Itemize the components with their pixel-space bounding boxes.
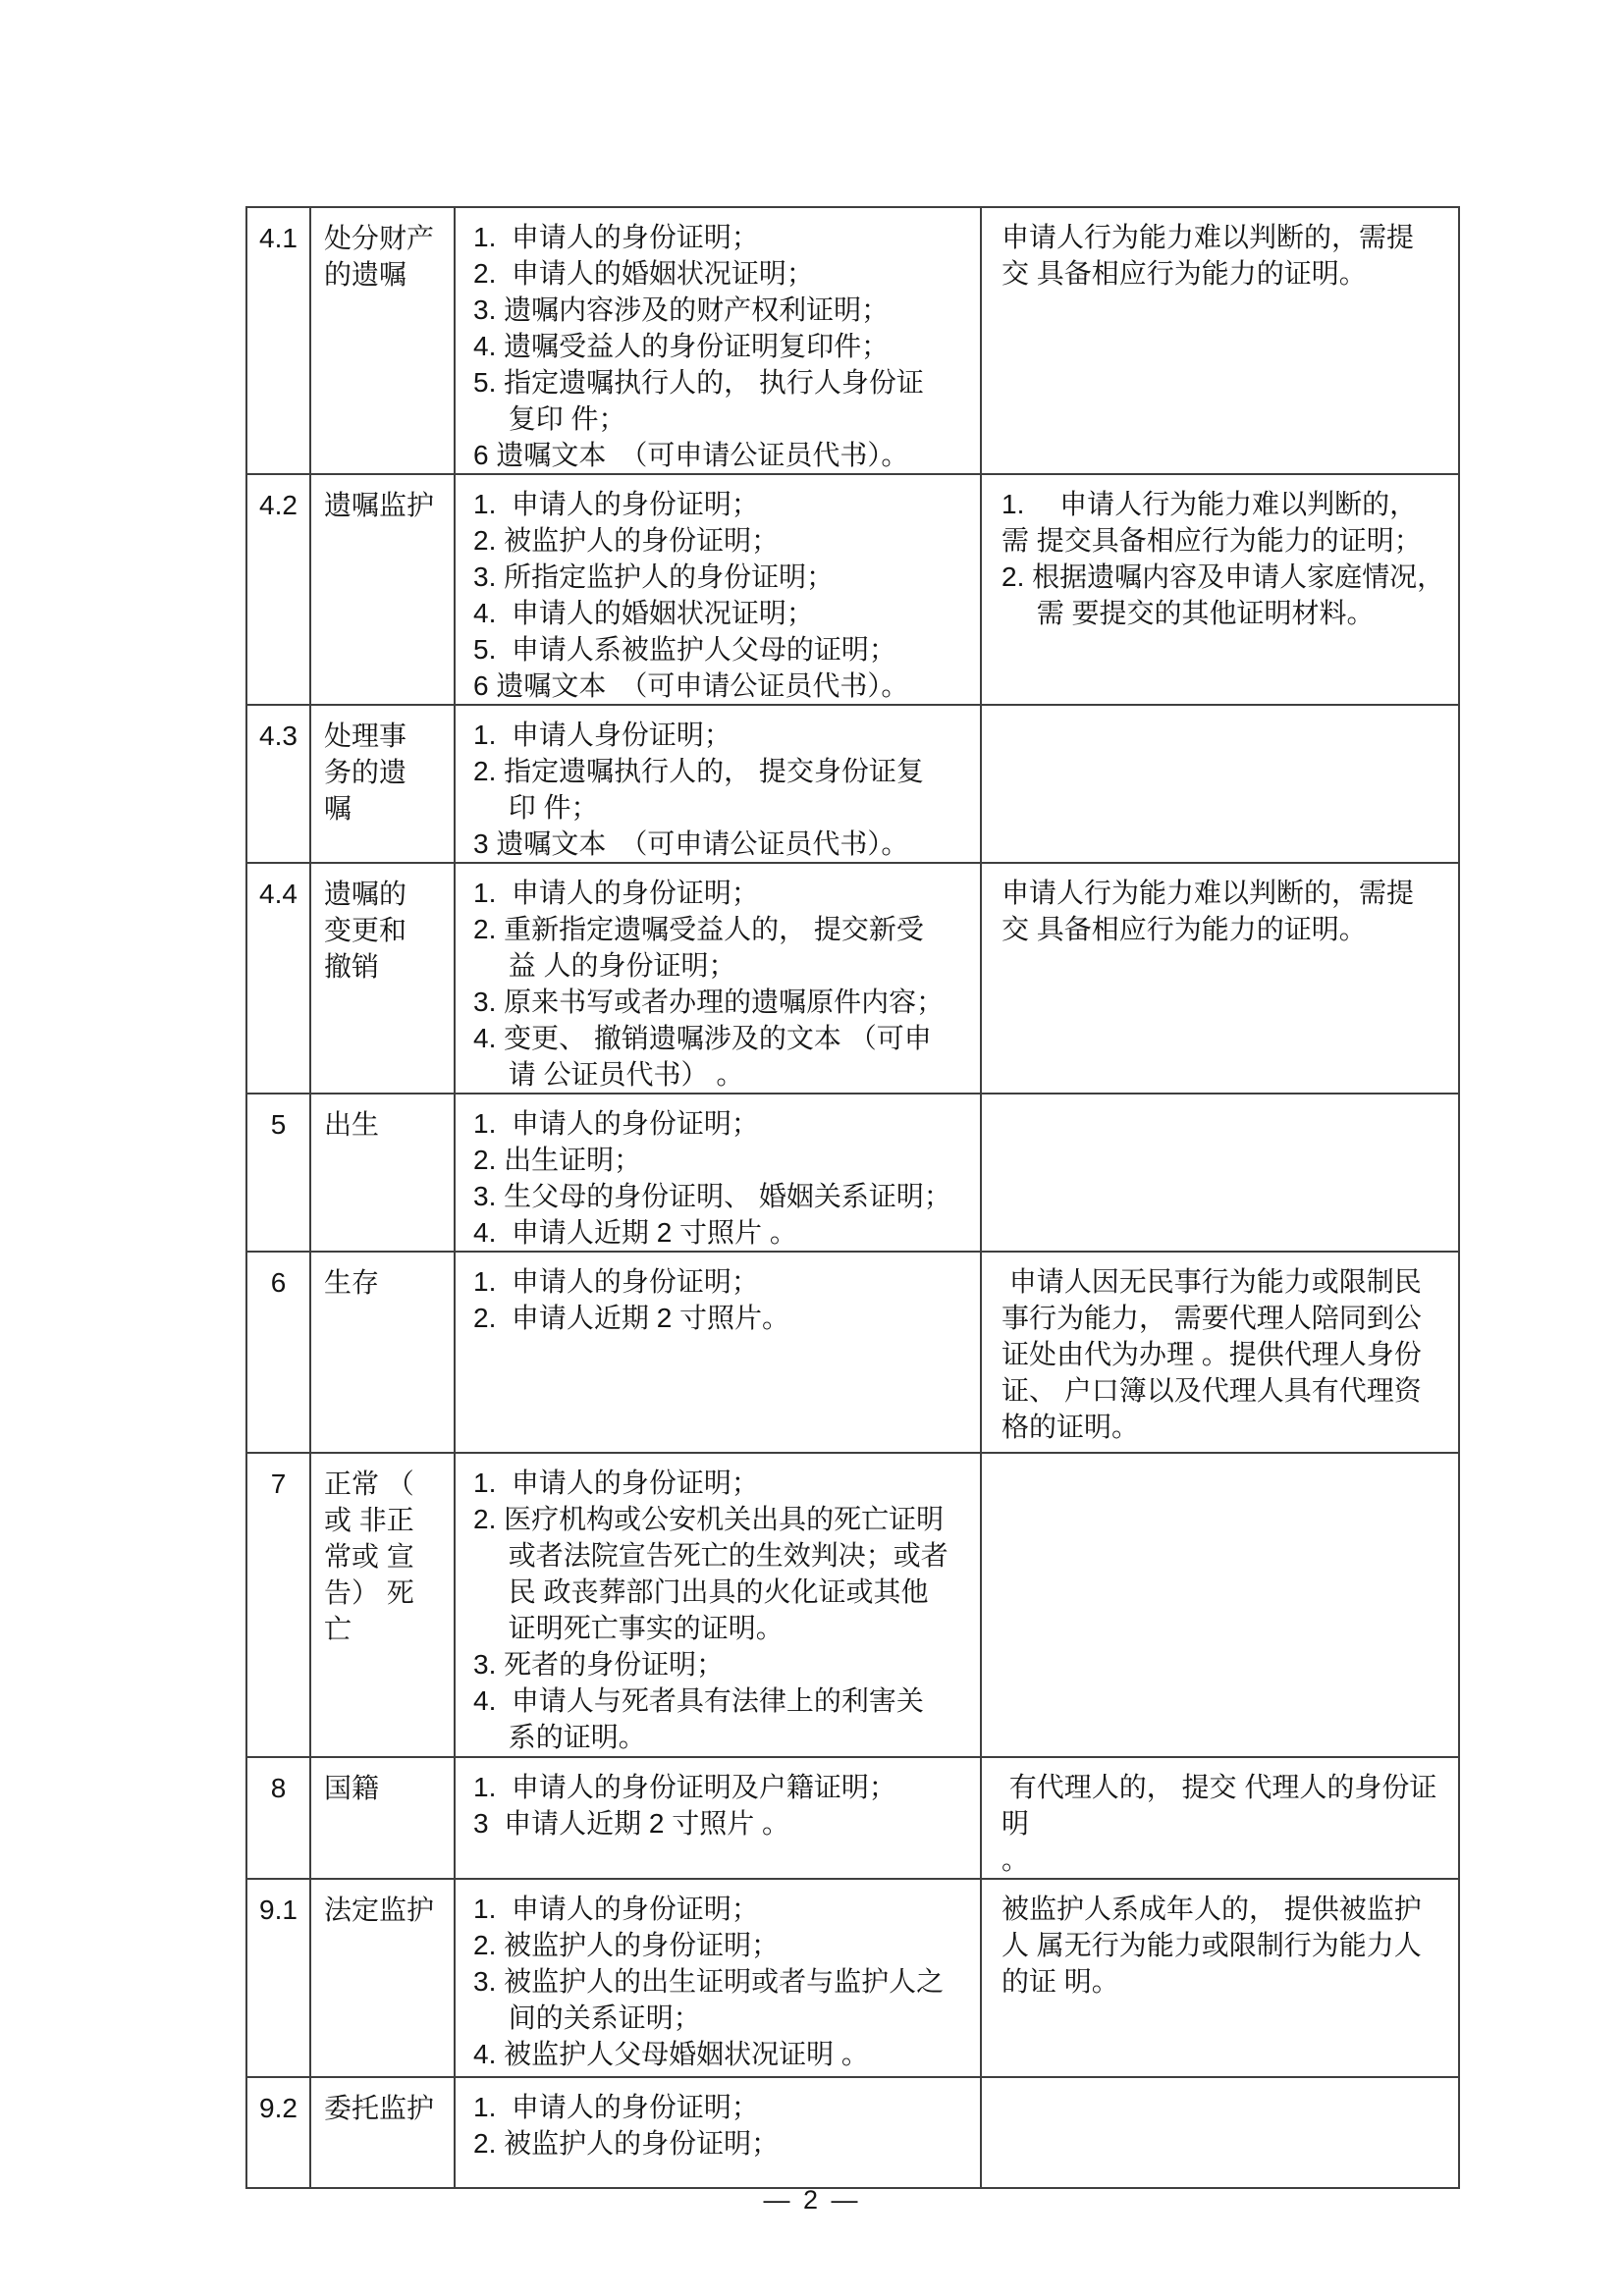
notary-requirements-table: 4.1 处分财产 的遗嘱 1. 申请人的身份证明； 2. 申请人的婚姻状况证明；… [245, 206, 1460, 2189]
materials-cell: 1. 申请人的身份证明； 2. 医疗机构或公安机关出具的死亡证明 或者法院宣告死… [455, 1453, 981, 1757]
row-number-cell: 7 [246, 1453, 310, 1757]
materials-cell: 1. 申请人的身份证明； 2. 被监护人的身份证明； 3. 被监护人的出生证明或… [455, 1879, 981, 2077]
notes-cell: 申请人因无民事行为能力或限制民 事行为能力， 需要代理人陪同到公 证处由代为办理… [981, 1252, 1459, 1453]
materials-cell: 1. 申请人身份证明； 2. 指定遗嘱执行人的， 提交身份证复 印 件； 3 遗… [455, 705, 981, 863]
notes-cell [981, 1453, 1459, 1757]
row-number-cell: 9.1 [246, 1879, 310, 2077]
item-name-cell: 生存 [310, 1252, 455, 1453]
notes-cell [981, 1094, 1459, 1252]
row-number-cell: 8 [246, 1757, 310, 1879]
table-row-4-3: 4.3 处理事 务的遗 嘱 1. 申请人身份证明； 2. 指定遗嘱执行人的， 提… [246, 705, 1459, 863]
table-row-9-2: 9.2 委托监护 1. 申请人的身份证明； 2. 被监护人的身份证明； [246, 2077, 1459, 2188]
table-body: 4.1 处分财产 的遗嘱 1. 申请人的身份证明； 2. 申请人的婚姻状况证明；… [246, 207, 1459, 2188]
row-number-cell: 5 [246, 1094, 310, 1252]
table-row-9-1: 9.1 法定监护 1. 申请人的身份证明； 2. 被监护人的身份证明； 3. 被… [246, 1879, 1459, 2077]
notes-cell: 有代理人的， 提交 代理人的身份证明 。 [981, 1757, 1459, 1879]
item-name-cell: 法定监护 [310, 1879, 455, 2077]
item-name-cell: 正常 （ 或 非正 常或 宣 告） 死 亡 [310, 1453, 455, 1757]
table-row-4-4: 4.4 遗嘱的 变更和 撤销 1. 申请人的身份证明； 2. 重新指定遗嘱受益人… [246, 863, 1459, 1094]
row-number-cell: 6 [246, 1252, 310, 1453]
table-row-8: 8 国籍 1. 申请人的身份证明及户籍证明； 3 申请人近期 2 寸照片 。 有… [246, 1757, 1459, 1879]
item-name-cell: 国籍 [310, 1757, 455, 1879]
item-name-cell: 出生 [310, 1094, 455, 1252]
notes-cell: 被监护人系成年人的， 提供被监护 人 属无行为能力或限制行为能力人 的证 明。 [981, 1879, 1459, 2077]
document-page: 4.1 处分财产 的遗嘱 1. 申请人的身份证明； 2. 申请人的婚姻状况证明；… [0, 0, 1624, 2296]
row-number-cell: 4.2 [246, 474, 310, 705]
materials-cell: 1. 申请人的身份证明； 2. 申请人的婚姻状况证明； 3. 遗嘱内容涉及的财产… [455, 207, 981, 474]
table-row-6: 6 生存 1. 申请人的身份证明； 2. 申请人近期 2 寸照片。 申请人因无民… [246, 1252, 1459, 1453]
table-row-4-2: 4.2 遗嘱监护 1. 申请人的身份证明； 2. 被监护人的身份证明； 3. 所… [246, 474, 1459, 705]
row-number-cell: 9.2 [246, 2077, 310, 2188]
materials-cell: 1. 申请人的身份证明； 2. 被监护人的身份证明； [455, 2077, 981, 2188]
notes-cell [981, 705, 1459, 863]
materials-cell: 1. 申请人的身份证明； 2. 被监护人的身份证明； 3. 所指定监护人的身份证… [455, 474, 981, 705]
item-name-cell: 遗嘱的 变更和 撤销 [310, 863, 455, 1094]
table-row-7: 7 正常 （ 或 非正 常或 宣 告） 死 亡 1. 申请人的身份证明； 2. … [246, 1453, 1459, 1757]
row-number-cell: 4.3 [246, 705, 310, 863]
item-name-cell: 遗嘱监护 [310, 474, 455, 705]
item-name-cell: 委托监护 [310, 2077, 455, 2188]
materials-cell: 1. 申请人的身份证明； 2. 重新指定遗嘱受益人的， 提交新受 益 人的身份证… [455, 863, 981, 1094]
row-number-cell: 4.1 [246, 207, 310, 474]
materials-cell: 1. 申请人的身份证明； 2. 申请人近期 2 寸照片。 [455, 1252, 981, 1453]
notes-cell: 1. 申请人行为能力难以判断的， 需 提交具备相应行为能力的证明； 2. 根据遗… [981, 474, 1459, 705]
materials-cell: 1. 申请人的身份证明及户籍证明； 3 申请人近期 2 寸照片 。 [455, 1757, 981, 1879]
notes-cell [981, 2077, 1459, 2188]
table-row-5: 5 出生 1. 申请人的身份证明； 2. 出生证明； 3. 生父母的身份证明、 … [246, 1094, 1459, 1252]
row-number-cell: 4.4 [246, 863, 310, 1094]
page-number: — 2 — [0, 2185, 1624, 2216]
notes-cell: 申请人行为能力难以判断的，需提 交 具备相应行为能力的证明。 [981, 863, 1459, 1094]
notes-cell: 申请人行为能力难以判断的，需提 交 具备相应行为能力的证明。 [981, 207, 1459, 474]
item-name-cell: 处理事 务的遗 嘱 [310, 705, 455, 863]
item-name-cell: 处分财产 的遗嘱 [310, 207, 455, 474]
materials-cell: 1. 申请人的身份证明； 2. 出生证明； 3. 生父母的身份证明、 婚姻关系证… [455, 1094, 981, 1252]
table-row-4-1: 4.1 处分财产 的遗嘱 1. 申请人的身份证明； 2. 申请人的婚姻状况证明；… [246, 207, 1459, 474]
